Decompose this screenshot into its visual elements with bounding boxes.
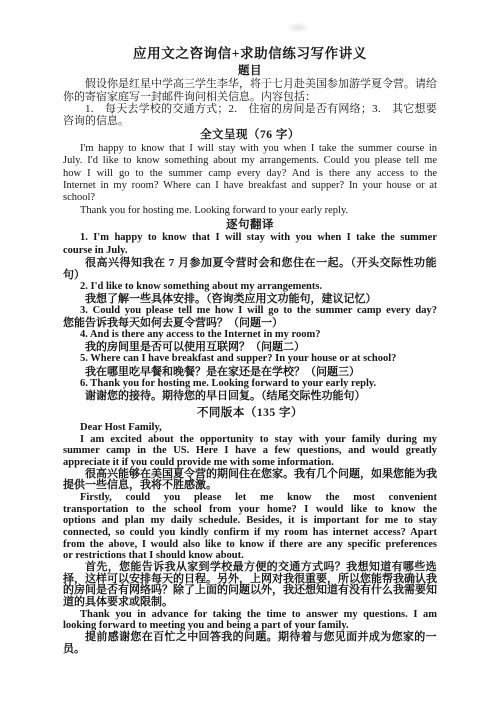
text-line: 很高兴得知我在 7 月参加夏令营时会和您住在一起。（开头交际性功能 [63,257,437,269]
document-body: 题目假设你是红星中学高三学生李华，将于七月赴美国参加游学夏令营。请给你的寄宿家庭… [63,65,437,655]
text-line: summer camp in the US. Here I have a few… [63,445,437,457]
text-line: I am excited about the opportunity to st… [63,434,437,446]
text-line: 我想了解一些具体安排。（咨询类应用文功能句，建议记忆） [63,293,437,305]
paragraph: 您能告诉我每天如何去夏令营吗？（问题一） [63,317,437,329]
text-line: how I will go to the summer camp every d… [63,168,437,180]
text-line: 1. I'm happy to know that I will stay wi… [63,232,437,244]
text-line: 提供一些信息，我将不胜感激。 [63,480,437,492]
text-line: school? [63,192,437,204]
scan-artifact [286,22,310,33]
text-line: 谢谢您的接待。期待您的早日回复。（结尾交际性功能句） [63,390,437,402]
text-line: 1. 每天去学校的交通方式；2. 住宿的房间是否有网络；3. 其它想要 [63,103,437,115]
paragraph: 首先，您能告诉我从家到学校最方便的交通方式吗？我想知道有哪些选择，这样可以安排每… [63,562,437,609]
text-line: 我在哪里吃早餐和晚餐？是在家还是在学校？（问题三） [63,366,437,378]
text-line: Firstly, could you please let me know th… [63,492,437,504]
text-line: 5. Where can I have breakfast and supper… [63,353,437,365]
document-page: 应用文之咨询信+求助信练习写作讲义 题目假设你是红星中学高三学生李华，将于七月赴… [0,0,500,708]
paragraph: 提前感谢您在百忙之中回答我的问题。期待着与您见面并成为您家的一员。 [63,632,437,655]
paragraph: 假设你是红星中学高三学生李华，将于七月赴美国参加游学夏令营。请给你的寄宿家庭写一… [63,78,437,103]
text-line: transportation to the school from your h… [63,504,437,516]
paragraph: 4. And is there any access to the Intern… [63,329,437,341]
text-line: 句） [63,269,437,281]
text-line: 2. I'd like to know something about my a… [63,281,437,293]
text-line: 3. Could you please tell me how I will g… [63,305,437,317]
text-line: 6. Thank you for hosting me. Looking for… [63,378,437,390]
text-line: 员。 [63,644,437,656]
text-line: Internet in my room? Where can I have br… [63,180,437,192]
paragraph: 我的房间里是否可以使用互联网？（问题二） [63,341,437,353]
text-line: 咨询的信息。 [63,115,437,127]
text-line: 假设你是红星中学高三学生李华，将于七月赴美国参加游学夏令营。请给 [63,78,437,90]
section-heading: 全文呈现（76 字） [63,129,437,141]
text-line: 您能告诉我每天如何去夏令营吗？（问题一） [63,317,437,329]
text-line: connected, so could you kindly confirm i… [63,527,437,539]
text-line: 首先，您能告诉我从家到学校最方便的交通方式吗？我想知道有哪些选 [63,562,437,574]
document-title: 应用文之咨询信+求助信练习写作讲义 [63,46,437,62]
text-line: Thank you in advance for taking the time… [63,609,437,621]
paragraph: Thank you for hosting me. Looking forwar… [63,205,437,217]
paragraph: Dear Host Family, [63,422,437,434]
text-line: July. I'd like to know something about m… [63,155,437,167]
paragraph: 1. I'm happy to know that I will stay wi… [63,232,437,256]
text-line: 道的具体要求或限制。 [63,597,437,609]
text-line: from the above, I would also like to kno… [63,539,437,551]
text-line: options and plan my daily schedule. Besi… [63,515,437,527]
text-line: 你的寄宿家庭写一封邮件询问相关信息。内容包括： [63,91,437,103]
text-line: Dear Host Family, [63,422,437,434]
section-heading: 不同版本（135 字） [63,407,437,419]
text-line: appreciate it if you could provide me wi… [63,457,437,469]
text-line: 提前感谢您在百忙之中回答我的问题。期待着与您见面并成为您家的一 [63,632,437,644]
section-heading: 题目 [63,65,437,77]
text-line: I'm happy to know that I will stay with … [63,143,437,155]
paragraph: 1. 每天去学校的交通方式；2. 住宿的房间是否有网络；3. 其它想要咨询的信息… [63,103,437,128]
paragraph: 6. Thank you for hosting me. Looking for… [63,378,437,390]
paragraph: 我想了解一些具体安排。（咨询类应用文功能句，建议记忆） [63,293,437,305]
text-line: course in July. [63,245,437,257]
paragraph: I'm happy to know that I will stay with … [63,143,437,205]
paragraph: 3. Could you please tell me how I will g… [63,305,437,317]
paragraph: 我在哪里吃早餐和晚餐？是在家还是在学校？（问题三） [63,366,437,378]
section-heading: 逐句翻译 [63,219,437,231]
text-line: 4. And is there any access to the Intern… [63,329,437,341]
paragraph: I am excited about the opportunity to st… [63,434,437,469]
paragraph: 2. I'd like to know something about my a… [63,281,437,293]
paragraph: 5. Where can I have breakfast and supper… [63,353,437,365]
text-line: 我的房间里是否可以使用互联网？（问题二） [63,341,437,353]
paragraph: 谢谢您的接待。期待您的早日回复。（结尾交际性功能句） [63,390,437,402]
paragraph: Firstly, could you please let me know th… [63,492,437,562]
paragraph: 很高兴得知我在 7 月参加夏令营时会和您住在一起。（开头交际性功能句） [63,257,437,281]
paragraph: Thank you in advance for taking the time… [63,609,437,632]
paragraph: 很高兴能够在美国夏令营的期间住在您家。我有几个问题，如果您能为我提供一些信息，我… [63,469,437,492]
text-line: Thank you for hosting me. Looking forwar… [63,205,437,217]
